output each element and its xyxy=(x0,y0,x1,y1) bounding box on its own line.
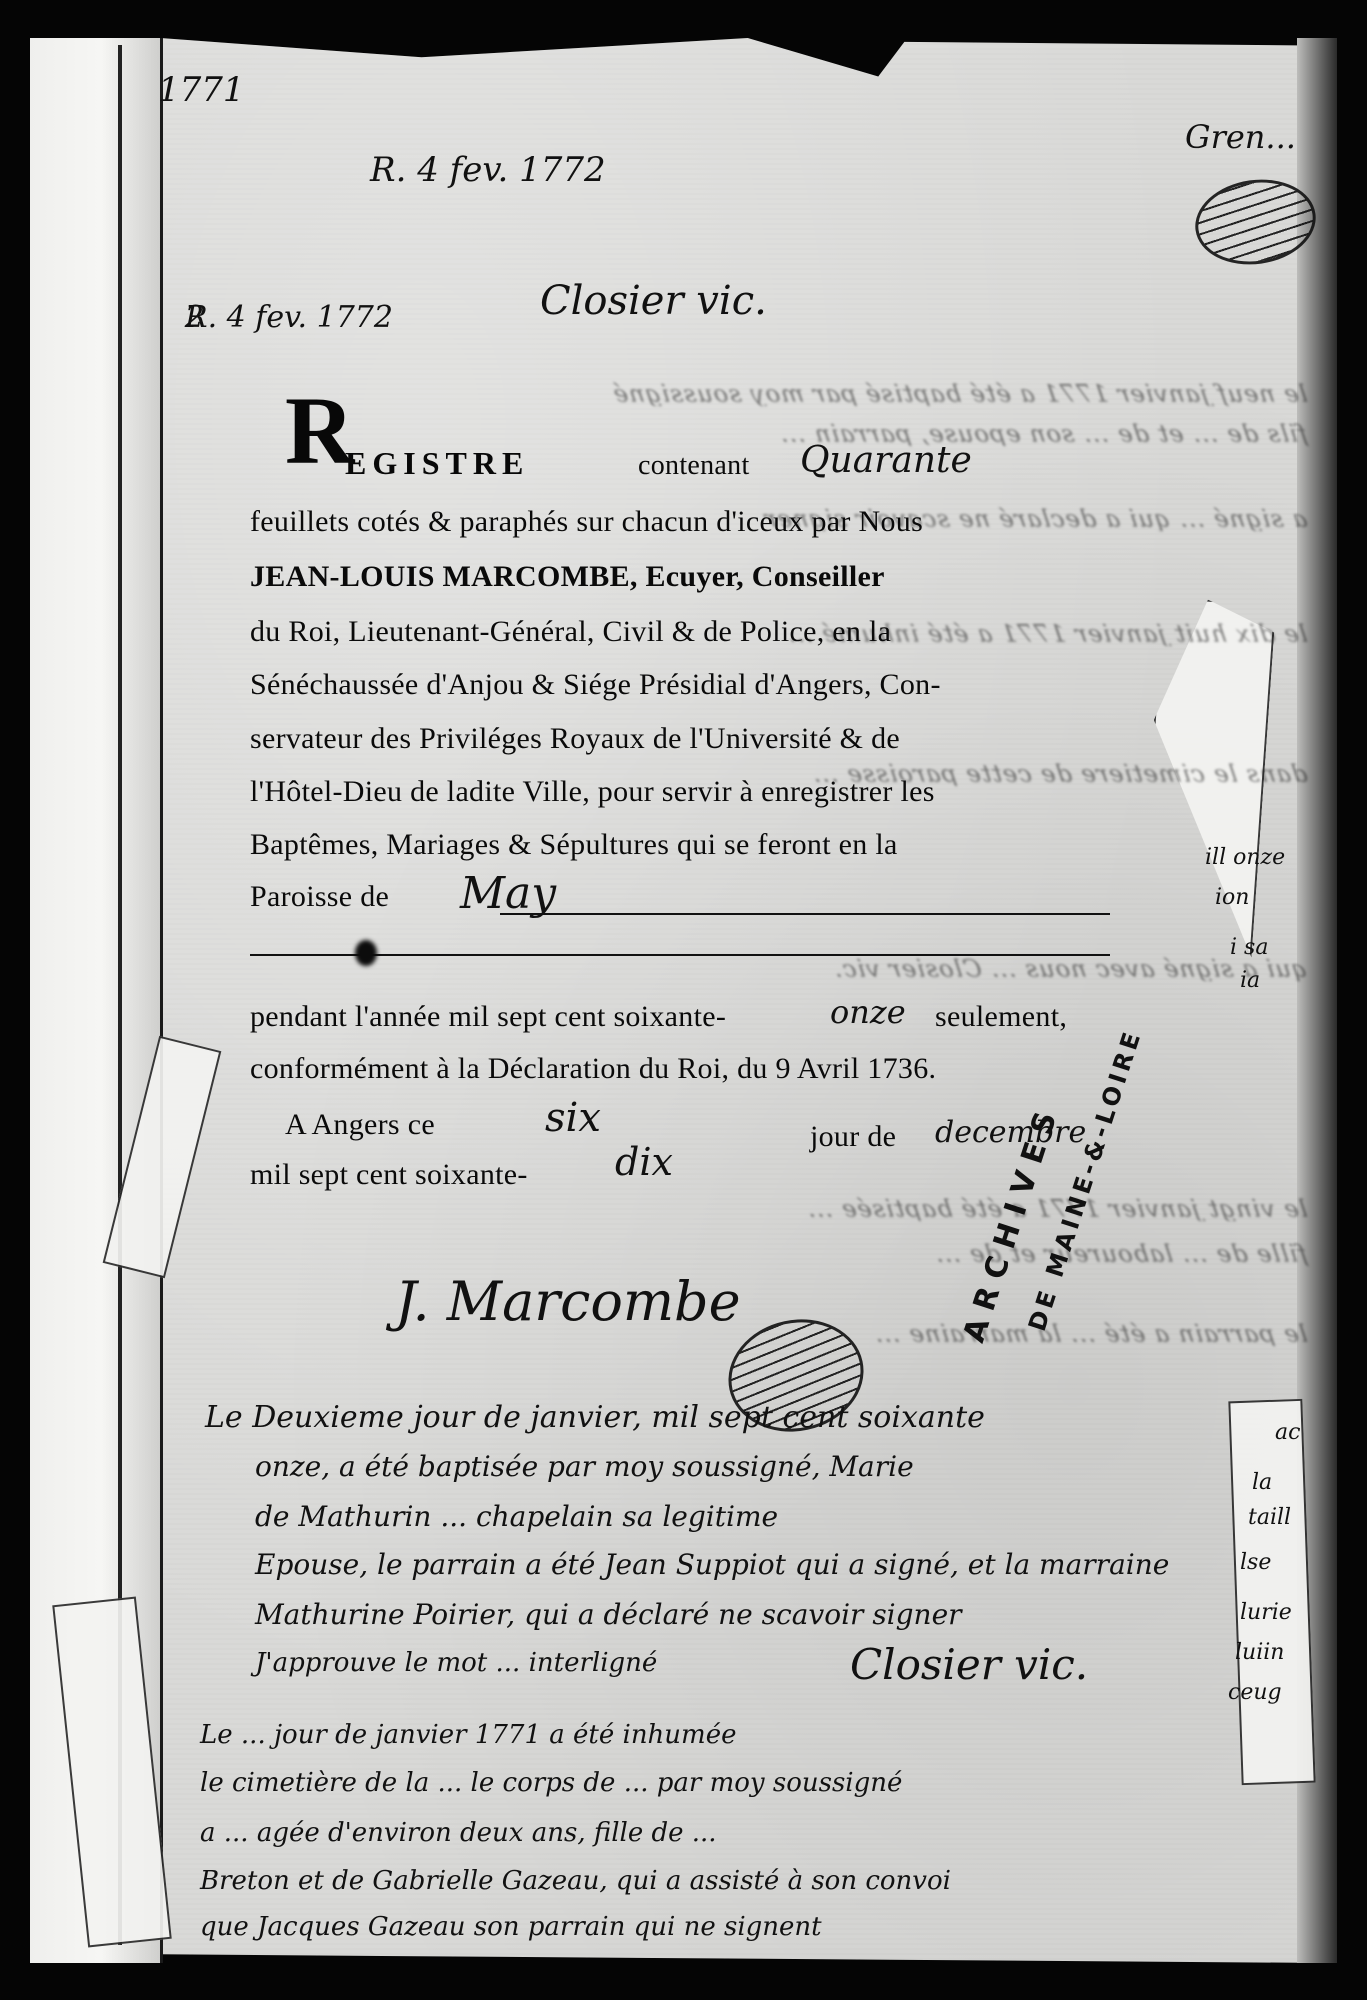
margin-note: ac xyxy=(1275,1420,1300,1445)
printed-line-12-month-label: jour de xyxy=(810,1120,896,1154)
entry-1-line: onze, a été baptisée par moy soussigné, … xyxy=(255,1450,914,1483)
margin-note: ion xyxy=(1215,885,1249,910)
handwritten-year-end: dix xyxy=(615,1140,673,1184)
margin-note: ia xyxy=(1240,968,1260,993)
top-left-number: 2 xyxy=(185,300,204,335)
entry-1-line: Epouse, le parrain a été Jean Suppiot qu… xyxy=(255,1548,1169,1581)
printed-line-2: feuillets cotés & paraphés sur chacun d'… xyxy=(250,505,923,539)
entry-1-line: J'approuve le mot ... interligné xyxy=(255,1648,657,1678)
strike-line xyxy=(250,954,1110,956)
printed-line-4: du Roi, Lieutenant-Général, Civil & de P… xyxy=(250,615,891,649)
entry-2-line: le cimetière de la ... le corps de ... p… xyxy=(200,1768,902,1798)
entry-1-line: Le Deuxieme jour de janvier, mil sept ce… xyxy=(205,1400,985,1435)
margin-note: i sa xyxy=(1230,935,1268,960)
corner-page-number: 1771 xyxy=(158,70,245,110)
top-left-annotation: R. 4 fev. 1772 xyxy=(185,300,393,335)
bleed-through-line: qui a signé avec nous ... Closier vic. xyxy=(168,955,1309,981)
official-signature: J. Marcombe xyxy=(395,1270,741,1333)
entry-2-line: a ... agée d'environ deux ans, fille de … xyxy=(200,1818,717,1848)
margin-note: lurie xyxy=(1240,1600,1292,1625)
entry-2-line: Breton et de Gabrielle Gazeau, qui a ass… xyxy=(200,1866,951,1896)
printed-line-9-parish: Paroisse de xyxy=(250,880,389,914)
printed-line-5: Sénéchaussée d'Anjou & Siége Présidial d… xyxy=(250,668,941,702)
printed-line-11-declaration: conformément à la Déclaration du Roi, du… xyxy=(250,1052,936,1086)
entry-2-line: Le ... jour de janvier 1771 a été inhumé… xyxy=(200,1720,736,1750)
handwritten-parish-name: May xyxy=(460,868,556,919)
printed-line-13-year: mil sept cent soixante- xyxy=(250,1158,528,1192)
printed-line-6: servateur des Priviléges Royaux de l'Uni… xyxy=(250,722,900,756)
margin-note: taill xyxy=(1248,1505,1291,1530)
entry-2-line: que Jacques Gazeau son parrain qui ne si… xyxy=(200,1912,822,1942)
torn-flap-right-lower xyxy=(1228,1399,1315,1785)
handwritten-day: six xyxy=(545,1095,601,1141)
printed-line-7: l'Hôtel-Dieu de ladite Ville, pour servi… xyxy=(250,775,935,809)
margin-note: ceug xyxy=(1228,1680,1282,1705)
top-handwritten-date: R. 4 fev. 1772 xyxy=(370,150,606,190)
entry-1-line: Mathurine Poirier, qui a déclaré ne scav… xyxy=(255,1598,962,1631)
top-signature: Closier vic. xyxy=(540,278,767,324)
printed-line-10-year: pendant l'année mil sept cent soixante- xyxy=(250,1000,726,1034)
top-right-annotation: Gren... xyxy=(1185,118,1296,156)
printed-line-10-suffix: seulement, xyxy=(935,1000,1067,1034)
strike-line xyxy=(500,913,1110,915)
printed-contenant: contenant xyxy=(638,450,750,482)
handwritten-sheet-count: Quarante xyxy=(800,440,972,481)
printed-line-8: Baptêmes, Mariages & Sépultures qui se f… xyxy=(250,828,898,862)
margin-note: luiin xyxy=(1235,1640,1284,1665)
margin-note: ill onze xyxy=(1205,845,1285,870)
entry-1-signature: Closier vic. xyxy=(850,1640,1088,1689)
title-word: EGISTRE xyxy=(345,445,529,482)
handwritten-year-suffix: onze xyxy=(830,993,906,1031)
margin-note: la xyxy=(1252,1470,1272,1495)
ink-blot xyxy=(355,940,377,966)
margin-note: lse xyxy=(1240,1550,1271,1575)
title-initial: R xyxy=(285,383,354,479)
printed-line-12-place: A Angers ce xyxy=(285,1108,435,1142)
printed-line-3-officer: JEAN-LOUIS MARCOMBE, Ecuyer, Conseiller xyxy=(250,560,885,594)
entry-1-line: de Mathurin ... chapelain sa legitime xyxy=(255,1500,778,1533)
